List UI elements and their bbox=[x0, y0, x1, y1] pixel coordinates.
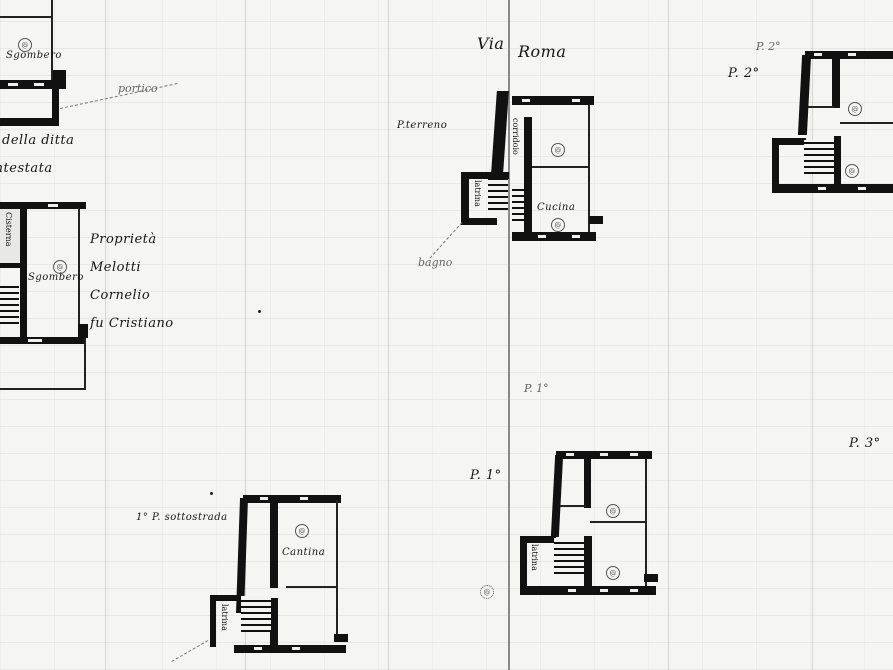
pencil-note-portico: portico bbox=[118, 82, 158, 95]
floor-label-terreno: P.terreno bbox=[397, 120, 447, 131]
page-fold-line bbox=[508, 0, 510, 670]
room-marker: @ bbox=[295, 524, 309, 538]
room-marker: @ bbox=[551, 218, 565, 232]
room-label-cisterna: Cisterna bbox=[4, 212, 13, 246]
room-marker: @ bbox=[606, 504, 620, 518]
pencil-note-second: P. 2° bbox=[756, 40, 781, 53]
street-label-via: Via bbox=[477, 34, 504, 53]
pencil-note-first: P. 1° bbox=[524, 382, 549, 395]
street-label-roma: Roma bbox=[518, 42, 566, 61]
pencil-leader-line bbox=[171, 640, 208, 662]
floor-label-primo: P. 1° bbox=[470, 468, 502, 483]
room-marker: @ bbox=[848, 102, 862, 116]
room-label-cucina: Cucina bbox=[537, 202, 575, 213]
note-della-ditta: della ditta bbox=[2, 133, 74, 148]
grid-line bbox=[668, 0, 669, 670]
grid-line bbox=[812, 0, 813, 670]
room-label-latrina-first: latrina bbox=[530, 544, 539, 571]
pencil-leader-line bbox=[430, 222, 463, 258]
room-label-sgombero: Sgombero bbox=[6, 50, 62, 61]
floor-label-sottostrada: 1° P. sottostrada bbox=[136, 512, 228, 523]
ink-dot bbox=[258, 310, 261, 313]
room-label-cantina: Cantina bbox=[282, 547, 325, 558]
note-intestata: intestata bbox=[0, 161, 53, 176]
owner-line-1: Proprietà bbox=[90, 232, 157, 247]
room-marker: @ bbox=[845, 164, 859, 178]
owner-line-4: fu Cristiano bbox=[90, 316, 174, 331]
scanned-plan-sheet: @ Sgombero portico della ditta intestata… bbox=[0, 0, 893, 670]
owner-line-3: Cornelio bbox=[90, 288, 150, 303]
room-marker: @ bbox=[551, 143, 565, 157]
room-marker: @ bbox=[606, 566, 620, 580]
pencil-note-ground: bagno bbox=[418, 256, 452, 269]
room-label-latrina-basement: latrina bbox=[220, 604, 229, 631]
room-label-latrina: latrina bbox=[473, 180, 482, 207]
floor-label-secondo: P. 2° bbox=[728, 66, 760, 81]
ink-dot bbox=[210, 492, 213, 495]
owner-line-2: Melotti bbox=[90, 260, 141, 275]
pencil-marker: @ bbox=[480, 585, 494, 599]
floor-label-terzo: P. 3° bbox=[849, 436, 881, 451]
room-label-corridoio: corridoio bbox=[511, 118, 520, 155]
grid-line bbox=[105, 0, 106, 670]
grid-line bbox=[388, 0, 389, 670]
room-label-sgombero: Sgombero bbox=[28, 272, 84, 283]
